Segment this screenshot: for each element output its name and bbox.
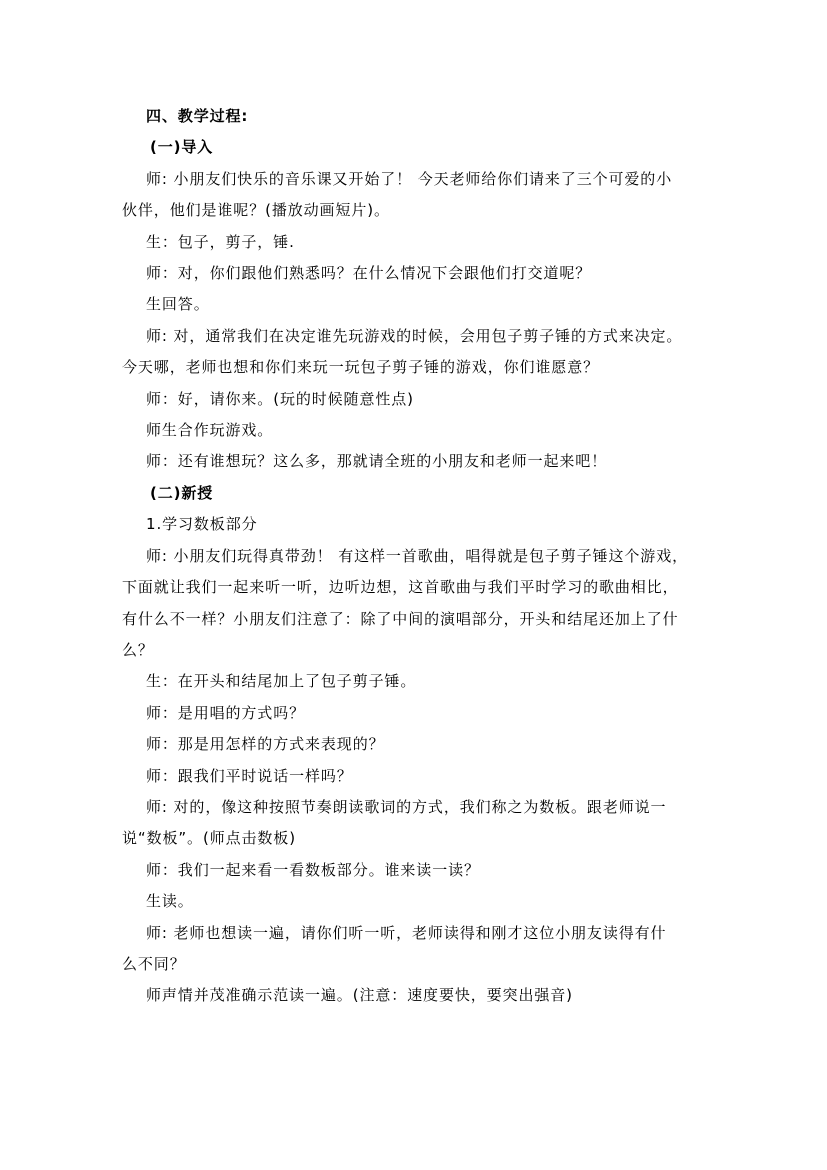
- section-title: 四、教学过程:: [122, 101, 708, 132]
- paragraph-line: 说“数板”。(师点击数板): [122, 823, 708, 854]
- part2-subheading: 1.学习数板部分: [122, 509, 708, 540]
- paragraph-line: 师：我们一起来看一看数板部分。谁来读一读？: [122, 855, 708, 886]
- paragraph-line: 师：是用唱的方式吗？: [122, 698, 708, 729]
- paragraph: 师：好，请你来。(玩的时候随意性点): [122, 384, 708, 415]
- paragraph: 师: 小朋友们玩得真带劲！ 有这样一首歌曲，唱得就是包子剪子锤这个游戏，下面就让…: [122, 541, 708, 667]
- part1-heading: (一)导入: [122, 132, 708, 163]
- paragraph-line: 么不同？: [122, 949, 708, 980]
- paragraph: 师声情并茂准确示范读一遍。(注意：速度要快，要突出强音): [122, 980, 708, 1011]
- paragraph: 师：我们一起来看一看数板部分。谁来读一读？: [122, 855, 708, 886]
- paragraph-line: 师: 老师也想读一遍，请你们听一听，老师读得和刚才这位小朋友读得有什: [122, 918, 708, 949]
- paragraph: 师: 老师也想读一遍，请你们听一听，老师读得和刚才这位小朋友读得有什么不同？: [122, 918, 708, 981]
- paragraph: 生：在开头和结尾加上了包子剪子锤。: [122, 666, 708, 697]
- paragraph: 师：还有谁想玩？这么多，那就请全班的小朋友和老师一起来吧！: [122, 446, 708, 477]
- paragraph: 生：包子，剪子，锤.: [122, 227, 708, 258]
- paragraph: 师: 对，通常我们在决定谁先玩游戏的时候，会用包子剪子锤的方式来决定。今天哪，老…: [122, 321, 708, 384]
- paragraph: 师生合作玩游戏。: [122, 415, 708, 446]
- part1-body: 师: 小朋友们快乐的音乐课又开始了！ 今天老师给你们请来了三个可爱的小伙伴，他们…: [122, 164, 708, 478]
- paragraph-line: 生：在开头和结尾加上了包子剪子锤。: [122, 666, 708, 697]
- paragraph-line: 生回答。: [122, 289, 708, 320]
- paragraph-line: 生：包子，剪子，锤.: [122, 227, 708, 258]
- paragraph-line: 生读。: [122, 886, 708, 917]
- paragraph-line: 师：还有谁想玩？这么多，那就请全班的小朋友和老师一起来吧！: [122, 446, 708, 477]
- paragraph-line: 师：那是用怎样的方式来表现的？: [122, 729, 708, 760]
- paragraph-line: 今天哪，老师也想和你们来玩一玩包子剪子锤的游戏，你们谁愿意？: [122, 352, 708, 383]
- paragraph-line: 下面就让我们一起来听一听，边听边想，这首歌曲与我们平时学习的歌曲相比，: [122, 572, 708, 603]
- paragraph-line: 么？: [122, 635, 708, 666]
- paragraph-line: 师生合作玩游戏。: [122, 415, 708, 446]
- paragraph-line: 师声情并茂准确示范读一遍。(注意：速度要快，要突出强音): [122, 980, 708, 1011]
- paragraph-line: 有什么不一样？小朋友们注意了：除了中间的演唱部分，开头和结尾还加上了什: [122, 604, 708, 635]
- paragraph: 师: 小朋友们快乐的音乐课又开始了！ 今天老师给你们请来了三个可爱的小伙伴，他们…: [122, 164, 708, 227]
- paragraph: 生读。: [122, 886, 708, 917]
- paragraph-line: 师：跟我们平时说话一样吗？: [122, 761, 708, 792]
- paragraph: 师：那是用怎样的方式来表现的？: [122, 729, 708, 760]
- paragraph-line: 师：对，你们跟他们熟悉吗？在什么情况下会跟他们打交道呢？: [122, 258, 708, 289]
- document-page: 四、教学过程: (一)导入 师: 小朋友们快乐的音乐课又开始了！ 今天老师给你们…: [122, 101, 708, 1012]
- part2-heading: (二)新授: [122, 478, 708, 509]
- paragraph-line: 师: 对，通常我们在决定谁先玩游戏的时候，会用包子剪子锤的方式来决定。: [122, 321, 708, 352]
- paragraph: 师: 对的，像这种按照节奏朗读歌词的方式，我们称之为数板。跟老师说一说“数板”。…: [122, 792, 708, 855]
- part2-body: 师: 小朋友们玩得真带劲！ 有这样一首歌曲，唱得就是包子剪子锤这个游戏，下面就让…: [122, 541, 708, 1012]
- paragraph: 生回答。: [122, 289, 708, 320]
- paragraph: 师：对，你们跟他们熟悉吗？在什么情况下会跟他们打交道呢？: [122, 258, 708, 289]
- paragraph: 师：跟我们平时说话一样吗？: [122, 761, 708, 792]
- paragraph: 师：是用唱的方式吗？: [122, 698, 708, 729]
- paragraph-line: 师: 小朋友们玩得真带劲！ 有这样一首歌曲，唱得就是包子剪子锤这个游戏，: [122, 541, 708, 572]
- paragraph-line: 师：好，请你来。(玩的时候随意性点): [122, 384, 708, 415]
- paragraph-line: 师: 小朋友们快乐的音乐课又开始了！ 今天老师给你们请来了三个可爱的小: [122, 164, 708, 195]
- paragraph-line: 伙伴，他们是谁呢？(播放动画短片)。: [122, 195, 708, 226]
- paragraph-line: 师: 对的，像这种按照节奏朗读歌词的方式，我们称之为数板。跟老师说一: [122, 792, 708, 823]
